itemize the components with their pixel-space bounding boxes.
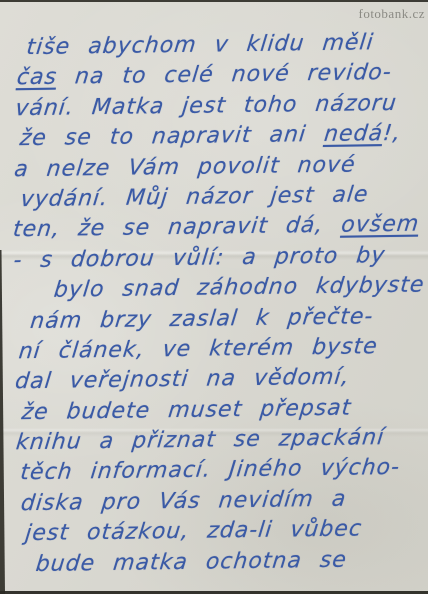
handwritten-segment: bude matka ochotna se [34, 547, 348, 576]
handwritten-segment: !, [382, 121, 403, 146]
handwritten-segment: na to celé nové revido- [56, 60, 393, 90]
handwritten-segment: - s dobrou vůlí: a proto by [12, 243, 387, 273]
handwritten-segment: diska pro Vás nevidím a [20, 486, 348, 516]
watermark: fotobank.cz [358, 6, 425, 22]
handwritten-segment: bylo snad záhodno kdybyste [53, 273, 426, 303]
underlined-word: čas [16, 65, 59, 91]
photo-edge-top [0, 0, 428, 2]
handwritten-segment: vání. Matka jest toho názoru [14, 91, 398, 121]
handwritten-segment: že se to napravit ani [18, 122, 325, 151]
underlined-word: ovšem [340, 212, 421, 238]
handwritten-segment: nám brzy zaslal k přečte- [29, 304, 375, 334]
handwritten-segment: ten, že se napravit dá, [12, 213, 343, 243]
handwritten-segment: vydání. Můj názor jest ale [19, 182, 370, 212]
handwritten-segment: těch informací. Jiného výcho- [19, 455, 401, 485]
handwritten-segment: ní článek, ve kterém byste [17, 334, 379, 364]
handwritten-segment: dal veřejnosti na vědomí, [14, 365, 351, 395]
handwritten-text: tiše abychom v klidu měličas na to celé … [8, 30, 428, 583]
letter-photo: fotobank.cz tiše abychom v klidu měličas… [0, 0, 428, 594]
underlined-word: nedá [323, 121, 385, 147]
letter-paper: fotobank.cz tiše abychom v klidu měličas… [0, 0, 428, 594]
handwritten-segment: knihu a přiznat se zpackání [15, 425, 386, 455]
handwritten-line: bude matka ochotna se [16, 546, 428, 582]
handwritten-segment: že budete muset přepsat [20, 395, 352, 425]
handwritten-segment: tiše abychom v klidu měli [25, 30, 375, 60]
handwritten-segment: jest otázkou, zda-li vůbec [24, 517, 363, 547]
handwritten-segment: a nelze Vám povolit nové [13, 152, 357, 182]
